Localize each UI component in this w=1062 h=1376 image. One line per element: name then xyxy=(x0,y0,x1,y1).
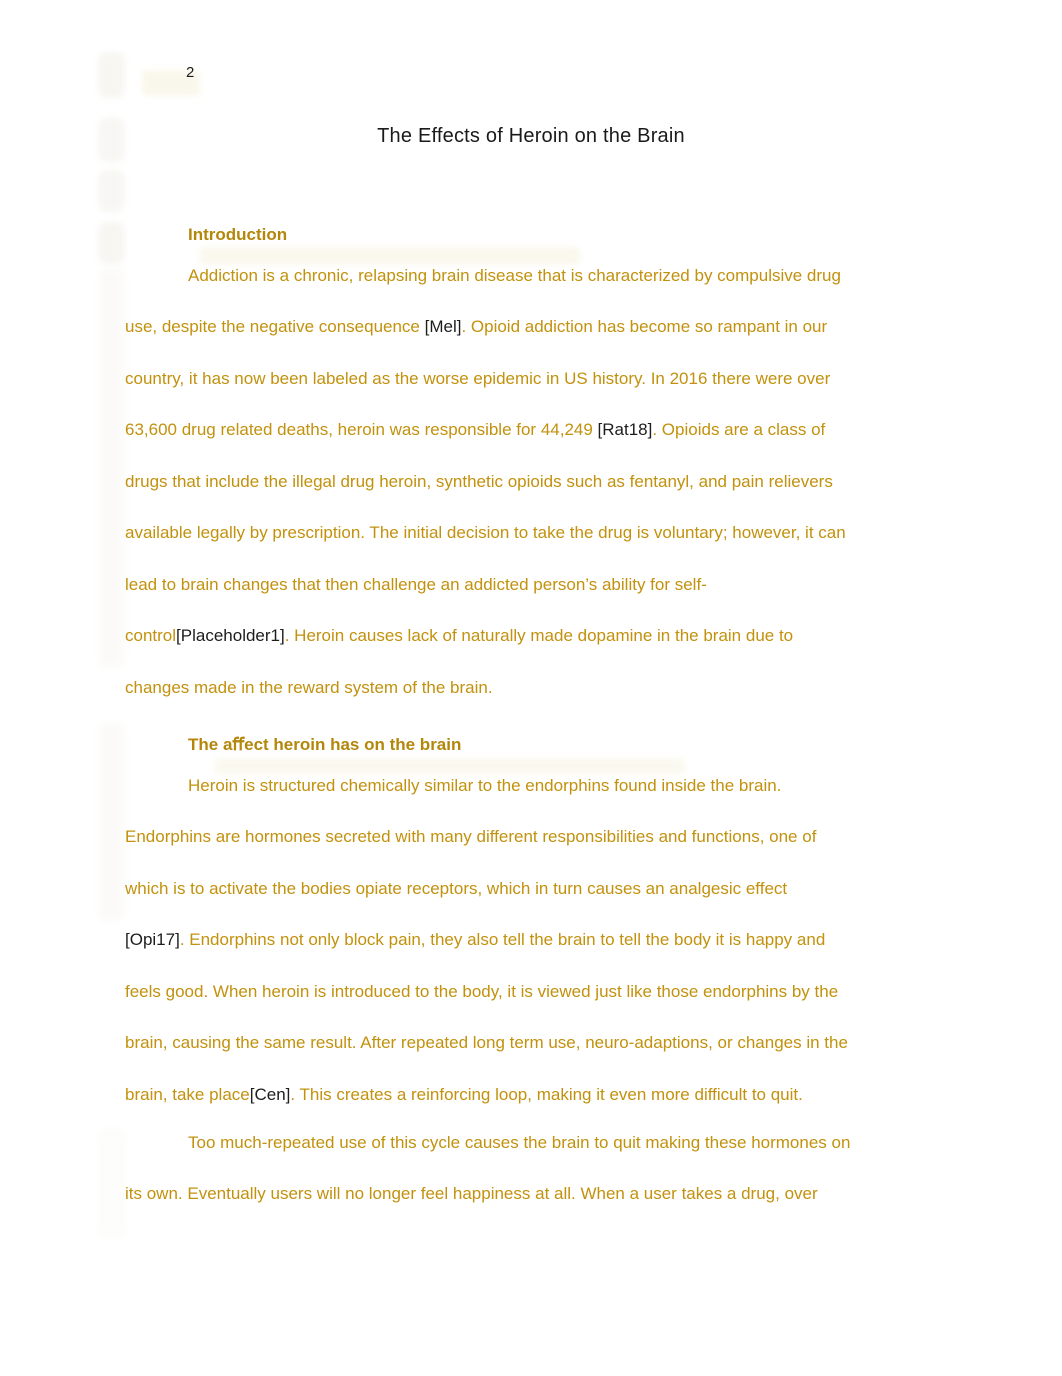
paragraph-affect: Heroin is structured chemically similar … xyxy=(125,760,955,1120)
text-segment: . Opioids are a class of xyxy=(652,420,825,439)
text-segment: . This creates a reinforcing loop, makin… xyxy=(290,1085,802,1104)
text-line: lead to brain changes that then challeng… xyxy=(125,559,955,610)
text-line: control[Placeholder1]. Heroin causes lac… xyxy=(125,610,955,661)
text-line: which is to activate the bodies opiate r… xyxy=(125,863,955,914)
text-line: its own. Eventually users will no longer… xyxy=(125,1168,955,1219)
text-line: feels good. When heroin is introduced to… xyxy=(125,966,955,1017)
text-line: Addiction is a chronic, relapsing brain … xyxy=(125,250,955,301)
text-segment: control xyxy=(125,626,176,645)
text-segment: . Heroin causes lack of naturally made d… xyxy=(285,626,793,645)
paragraph-repeated-use: Too much-repeated use of this cycle caus… xyxy=(125,1117,955,1220)
margin-artifact xyxy=(98,268,125,668)
section-heading-introduction: Introduction xyxy=(188,222,287,248)
text-line: Endorphins are hormones secreted with ma… xyxy=(125,811,955,862)
text-segment: brain, take place xyxy=(125,1085,250,1104)
text-line: Heroin is structured chemically similar … xyxy=(125,760,955,811)
section-heading-affect: The aﬀect heroin has on the brain xyxy=(188,732,461,758)
citation-field-opi17[interactable]: [Opi17] xyxy=(125,930,180,949)
text-line: available legally by prescription. The i… xyxy=(125,507,955,558)
margin-artifact xyxy=(98,52,125,98)
document-title: The Effects of Heroin on the Brain xyxy=(0,125,1062,148)
text-line: use, despite the negative consequence [M… xyxy=(125,301,955,352)
text-line: Too much-repeated use of this cycle caus… xyxy=(125,1117,955,1168)
citation-field-placeholder1[interactable]: [Placeholder1] xyxy=(176,626,285,645)
citation-field-rat18[interactable]: [Rat18] xyxy=(598,420,653,439)
text-segment: . Endorphins not only block pain, they a… xyxy=(180,930,825,949)
text-line: country, it has now been labeled as the … xyxy=(125,353,955,404)
margin-artifact xyxy=(98,722,125,922)
text-line: brain, take place[Cen]. This creates a r… xyxy=(125,1069,955,1120)
margin-artifact xyxy=(98,1128,125,1238)
text-line: changes made in the reward system of the… xyxy=(125,662,955,713)
text-segment: use, despite the negative consequence xyxy=(125,317,425,336)
citation-field-cen[interactable]: [Cen] xyxy=(250,1085,291,1104)
text-segment: 63,600 drug related deaths, heroin was r… xyxy=(125,420,598,439)
text-line: 63,600 drug related deaths, heroin was r… xyxy=(125,404,955,455)
margin-artifact xyxy=(98,222,125,264)
page-number: 2 xyxy=(186,64,194,81)
text-line: [Opi17]. Endorphins not only block pain,… xyxy=(125,914,955,965)
paragraph-introduction: Addiction is a chronic, relapsing brain … xyxy=(125,250,955,713)
margin-artifact xyxy=(98,170,125,212)
text-line: brain, causing the same result. After re… xyxy=(125,1017,955,1068)
citation-field-mel[interactable]: [Mel] xyxy=(425,317,462,336)
text-line: drugs that include the illegal drug hero… xyxy=(125,456,955,507)
text-segment: . Opioid addiction has become so rampant… xyxy=(461,317,827,336)
